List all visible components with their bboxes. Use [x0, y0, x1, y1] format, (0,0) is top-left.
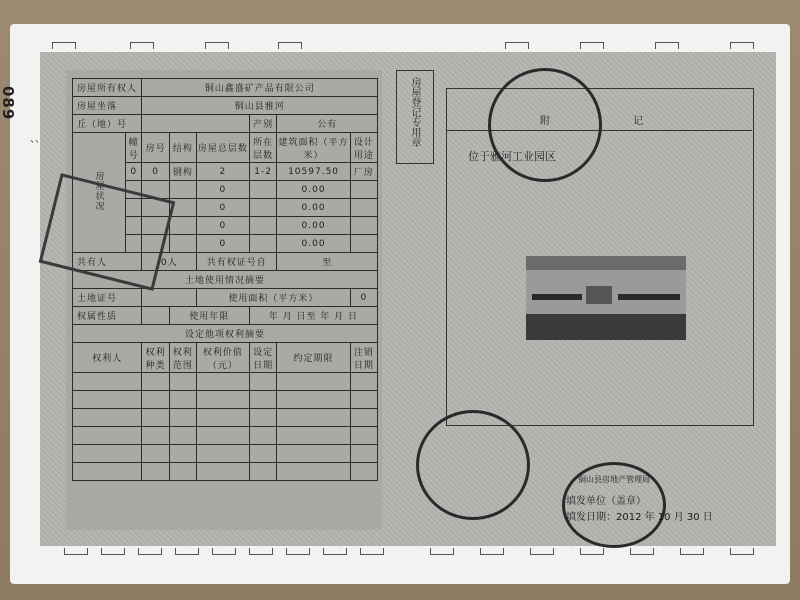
- margin-number: 089: [0, 86, 17, 120]
- cell: 1-2: [249, 163, 277, 181]
- cell: [249, 235, 277, 253]
- use-area-label: 使用面积（平方米）: [197, 289, 351, 307]
- property-type-label: 产别: [249, 115, 277, 133]
- owner-row: 房屋所有权人 铜山鑫盛矿产品有限公司: [73, 79, 378, 97]
- cell: 0: [197, 217, 250, 235]
- top-round-seal: [488, 68, 602, 182]
- owner-label: 房屋所有权人: [73, 79, 142, 97]
- issuing-stamp-name: 铜山县房地产管理局: [578, 474, 650, 485]
- house-header-row: 房屋状况 幢号 房号 结构 房屋总层数 所在层数 建筑面积（平方米） 设计用途: [73, 133, 378, 163]
- cell: 0.00: [277, 181, 350, 199]
- building-photo: [526, 256, 686, 340]
- cell: [169, 217, 196, 235]
- middle-round-seal: [416, 410, 530, 520]
- right-nature-label: 权属性质: [73, 307, 142, 325]
- use-term-value: 年 月 日至 年 月 日: [249, 307, 377, 325]
- cell: [169, 181, 196, 199]
- right-nature-value: [142, 307, 169, 325]
- co-owner-cert-to: 至: [277, 253, 378, 271]
- rights-col-header: 注销日期: [350, 343, 377, 373]
- other-rights-title: 设定他项权利摘要: [73, 325, 378, 343]
- use-area-value: 0: [350, 289, 377, 307]
- rights-col-header: 权利种类: [142, 343, 169, 373]
- property-type-value: 公有: [277, 115, 378, 133]
- side-registration-stamp: 房屋登记专用章: [396, 70, 434, 164]
- other-rights-title-row: 设定他项权利摘要: [73, 325, 378, 343]
- rights-col-header: 约定期限: [277, 343, 350, 373]
- rights-row: [73, 463, 378, 481]
- cell: [249, 181, 277, 199]
- rights-col-header: 权利范围: [169, 343, 196, 373]
- cell: [249, 199, 277, 217]
- owner-value: 铜山鑫盛矿产品有限公司: [142, 79, 378, 97]
- cell: 0.00: [277, 199, 350, 217]
- cell: [350, 199, 377, 217]
- plot-label: 丘（地）号: [73, 115, 142, 133]
- col-header: 房屋总层数: [197, 133, 250, 163]
- cell: 2: [197, 163, 250, 181]
- land-no-label: 土地证号: [73, 289, 142, 307]
- cell: 钢构: [169, 163, 196, 181]
- cell: [350, 217, 377, 235]
- plot-value: [142, 115, 249, 133]
- issue-date: 填发日期：2012 年 10 月 30 日: [566, 508, 713, 523]
- col-header: 幢号: [126, 133, 142, 163]
- land-no-value: [142, 289, 197, 307]
- location-value: 铜山县雅河: [142, 97, 378, 115]
- issuing-unit-label: 填发单位（盖章）: [566, 492, 646, 507]
- cell: 10597.50: [277, 163, 350, 181]
- col-header: 建筑面积（平方米）: [277, 133, 350, 163]
- cell: 0.00: [277, 217, 350, 235]
- col-header: 设计用途: [350, 133, 377, 163]
- col-header: 结构: [169, 133, 196, 163]
- use-term-label: 使用年限: [169, 307, 249, 325]
- cell: [249, 217, 277, 235]
- cell: 0: [197, 235, 250, 253]
- rights-row: [73, 373, 378, 391]
- co-owner-cert-label: 共有权证号自: [197, 253, 277, 271]
- cell: 0: [126, 163, 142, 181]
- cell: 0: [142, 163, 169, 181]
- cell: [350, 181, 377, 199]
- rights-row: [73, 409, 378, 427]
- rights-row: [73, 427, 378, 445]
- cell: 0: [197, 181, 250, 199]
- cell: 0: [197, 199, 250, 217]
- plot-row: 丘（地）号 产别 公有: [73, 115, 378, 133]
- rights-col-header: 权利人: [73, 343, 142, 373]
- rights-col-header: 权利价值（元）: [197, 343, 250, 373]
- rights-row: [73, 391, 378, 409]
- cell: [350, 235, 377, 253]
- location-label: 房屋坐落: [73, 97, 142, 115]
- cell: 厂房: [350, 163, 377, 181]
- col-header: 所在层数: [249, 133, 277, 163]
- cell: [169, 235, 196, 253]
- rights-col-header: 设定日期: [249, 343, 277, 373]
- col-header: 房号: [142, 133, 169, 163]
- location-row: 房屋坐落 铜山县雅河: [73, 97, 378, 115]
- right-nature-row: 权属性质 使用年限 年 月 日至 年 月 日: [73, 307, 378, 325]
- land-no-row: 土地证号 使用面积（平方米） 0: [73, 289, 378, 307]
- rights-header-row: 权利人 权利种类 权利范围 权利价值（元） 设定日期 约定期限 注销日期: [73, 343, 378, 373]
- rights-row: [73, 445, 378, 463]
- cell: 0.00: [277, 235, 350, 253]
